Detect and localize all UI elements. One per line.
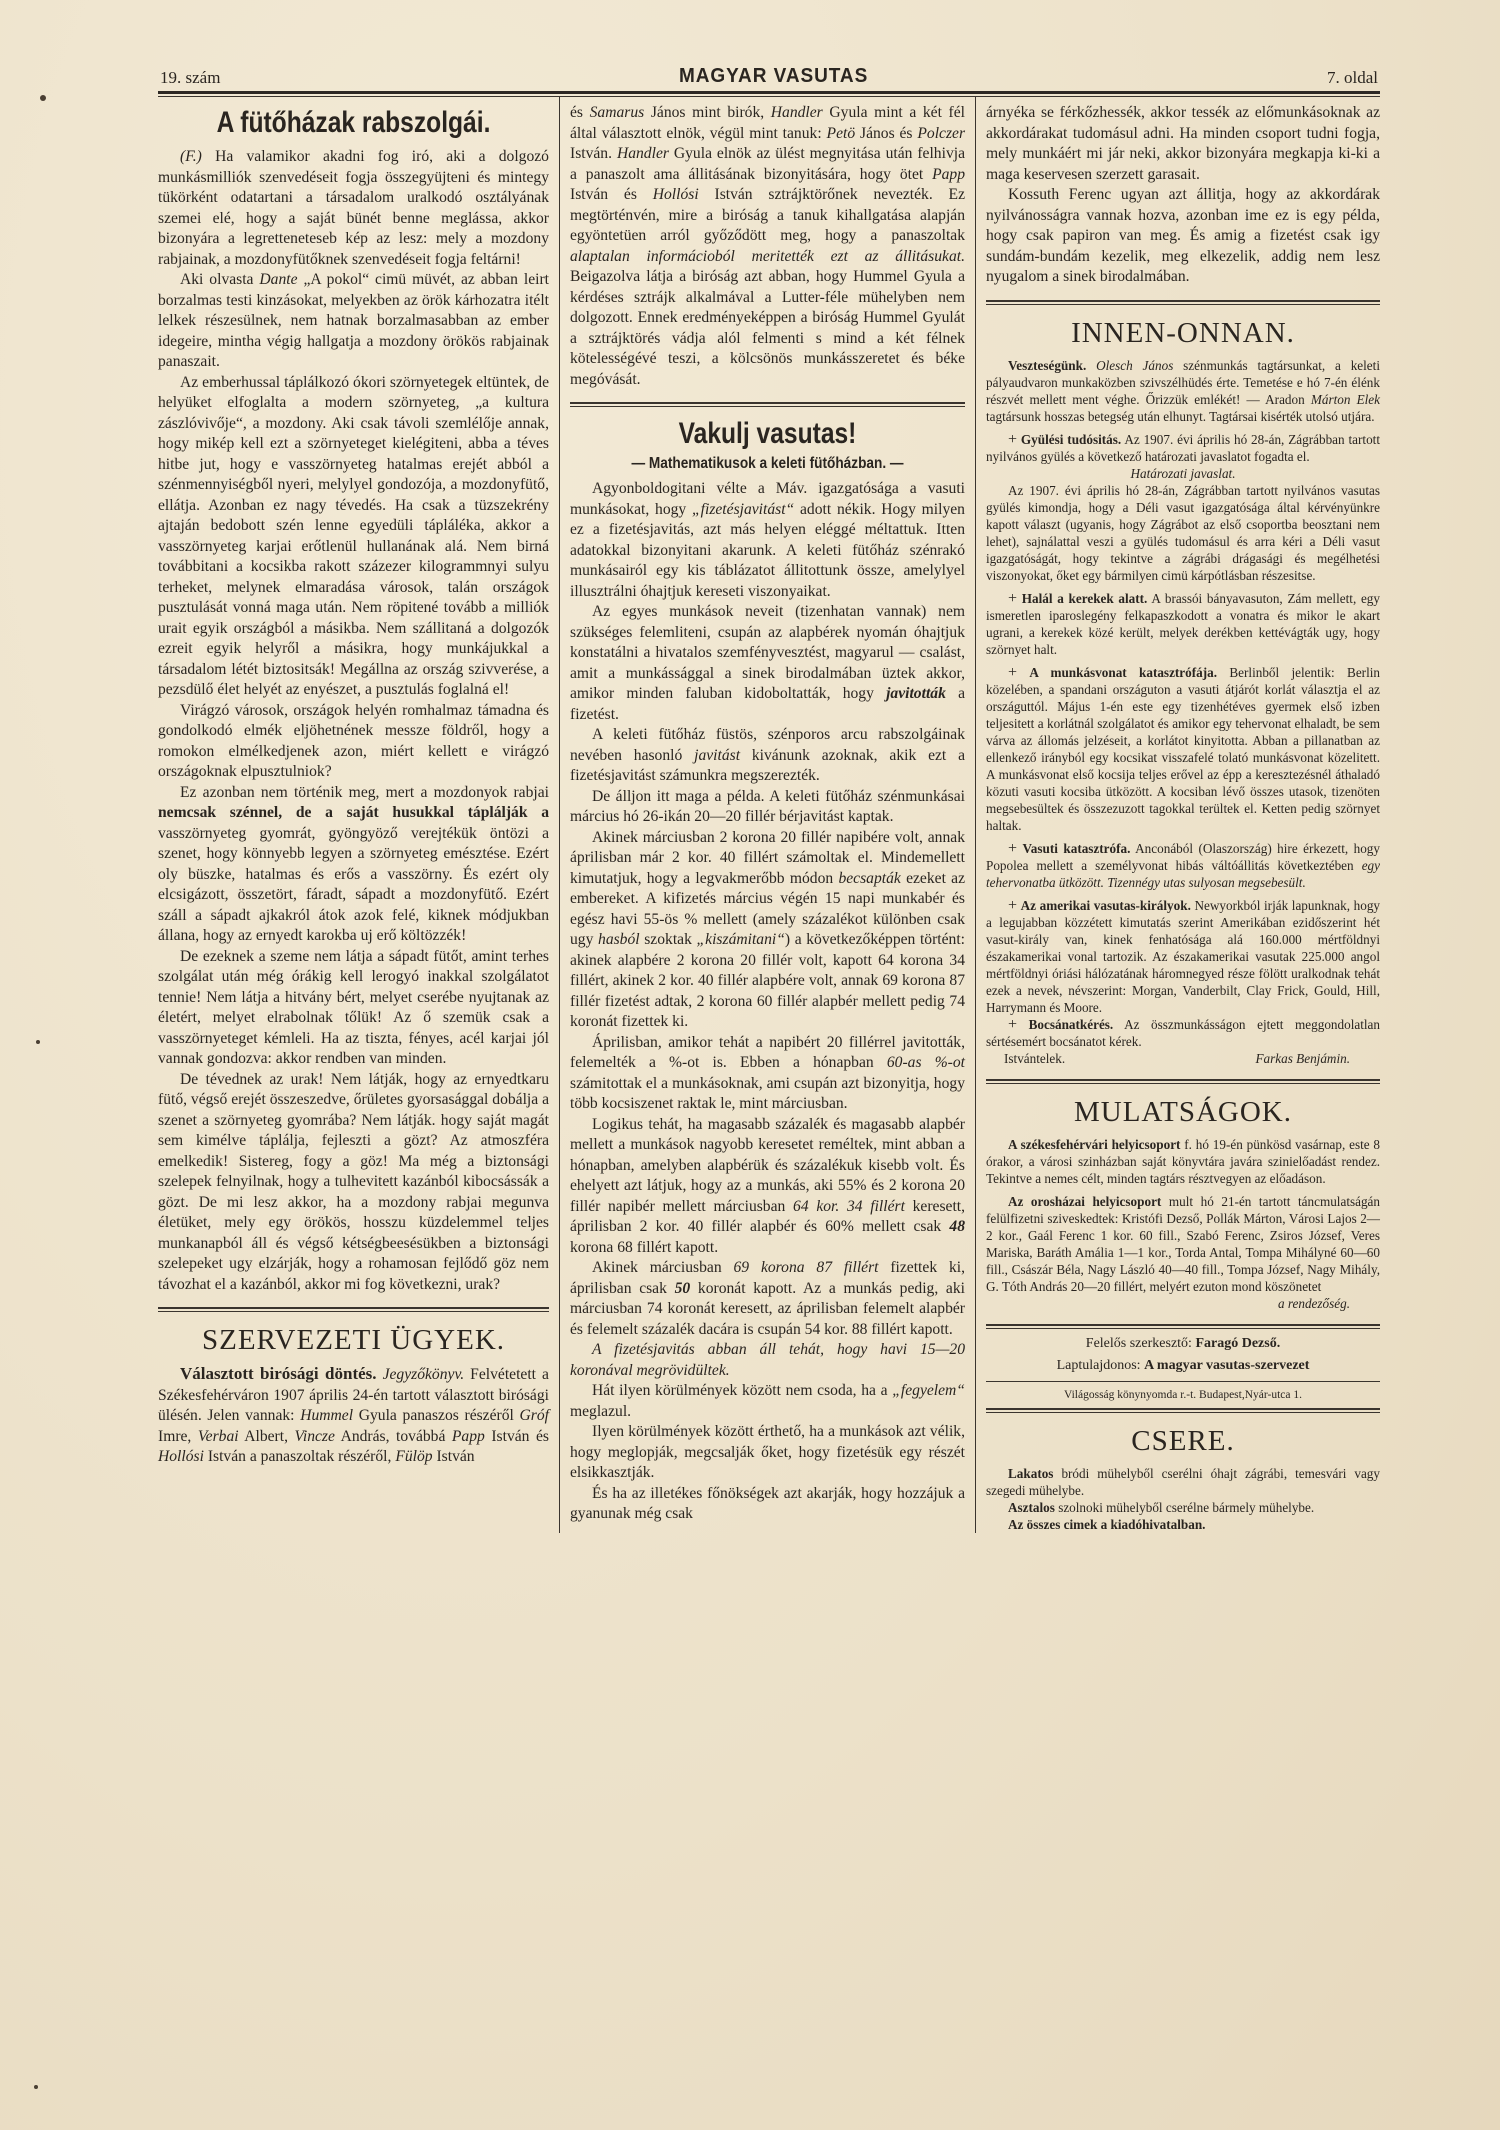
article-title-futohazak: A fütőházak rabszolgái. [193,103,514,143]
news-item: + A munkásvonat katasztrófája. Berlinből… [986,664,1380,834]
paragraph: (F.) Ha valamikor akadni fog iró, aki a … [158,147,549,270]
paragraph: Akinek márciusban 69 korona 87 fillért f… [570,1258,965,1340]
section-title-mulatsagok: MULATSÁGOK. [986,1094,1380,1130]
paragraph: Ez azonban nem történik meg, mert a mozd… [158,783,549,947]
organizers-signature: a rendezőség. [986,1295,1380,1312]
paragraph: Ilyen körülmények között érthető, ha a m… [570,1422,965,1484]
news-item: + Az amerikai vasutas-királyok. Newyorkb… [986,897,1380,1016]
paragraph: Az emberhussal táplálkozó ókori szörnyet… [158,373,549,701]
cross-icon: + [1008,590,1017,607]
imprint-rule [986,1381,1380,1382]
exchange-item: Asztalos szolnoki mühelyből cserélne bár… [986,1499,1380,1516]
columns: A fütőházak rabszolgái. (F.) Ha valamiko… [158,97,1380,1533]
section-divider [986,1408,1380,1413]
article-subtitle: — Mathematikusok a keleti fütőházban. — [594,453,942,475]
margin-speck [40,95,46,101]
cross-icon: + [1008,840,1017,857]
exchange-item: Lakatos bródi mühelyből cserélni óhajt z… [986,1465,1380,1499]
section-title-csere: CSERE. [986,1423,1380,1459]
margin-speck [36,1040,40,1044]
page-number: 7. oldal [1327,68,1378,88]
column-2: és Samarus János mint birók, Handler Gyu… [560,97,976,1533]
paragraph: Logikus tehát, ha magasabb százalék és m… [570,1115,965,1259]
cross-icon: + [1008,1016,1017,1033]
news-item: + Bocsánatkérés. Az összmunkásságon ejte… [986,1016,1380,1050]
printer-line: Világosság könynyomda r.-t. Budapest,Nyá… [986,1386,1380,1404]
page-header: 19. szám MAGYAR VASUTAS 7. oldal [158,60,1380,88]
paragraph: De tévednek az urak! Nem látják, hogy az… [158,1070,549,1296]
section-title-szervezeti: SZERVEZETI ÜGYEK. [158,1322,549,1358]
paragraph: Áprilisban, amikor tehát a napibért 20 f… [570,1033,965,1115]
paragraph: Kossuth Ferenc ugyan azt állitja, hogy a… [986,185,1380,288]
news-item: + Halál a kerekek alatt. A brassói bánya… [986,590,1380,658]
news-item: A székesfehérvári helyicsoport f. hó 19-… [986,1136,1380,1187]
section-divider [158,1307,549,1312]
article-title-vakulj: Vakulj vasutas! [606,415,930,453]
owner-line: Laptulajdonos: A magyar vasutas-szerveze… [986,1355,1380,1377]
cross-icon: + [1008,664,1017,681]
news-item: Az 1907. évi április hó 28-án, Zágrábban… [986,482,1380,584]
paragraph: Hát ilyen körülmények között nem csoda, … [570,1381,965,1422]
section-divider [986,300,1380,305]
apology-signature: Istvántelek. Farkas Benjámin. [986,1050,1380,1067]
column-1: A fütőházak rabszolgái. (F.) Ha valamiko… [158,97,560,1533]
paragraph: A fizetésjavitás abban áll tehát, hogy h… [570,1340,965,1381]
section-divider [570,402,965,407]
issue-number: 19. szám [160,68,220,88]
paragraph: Választott birósági döntés. Jegyzőkönyv.… [158,1364,549,1468]
paragraph: De ezeknek a szeme nem látja a sápadt fü… [158,947,549,1070]
news-item: + Gyülési tudósitás. Az 1907. évi áprili… [986,431,1380,465]
news-item: + Vasuti katasztrófa. Anconából (Olaszor… [986,840,1380,891]
resolution-title: Határozati javaslat. [986,465,1380,482]
cross-icon: + [1008,897,1017,914]
news-item: Veszteségünk. Olesch János szénmunkás ta… [986,357,1380,425]
paragraph: A keleti fütőház füstös, szénporos arcu … [570,725,965,787]
paragraph: Virágzó városok, országok helyén romhalm… [158,701,549,783]
editor-line: Felelős szerkesztő: Faragó Dezső. [986,1333,1380,1355]
newspaper-page: 19. szám MAGYAR VASUTAS 7. oldal A fütőh… [158,60,1380,1533]
paragraph: De álljon itt maga a példa. A keleti füt… [570,787,965,828]
paragraph: Agyonboldogitani vélte a Máv. igazgatósá… [570,479,965,602]
exchange-note: Az összes cimek a kiadóhivatalban. [986,1516,1380,1533]
margin-speck [34,2085,38,2089]
news-item: Az orosházai helyicsoport mult hó 21-én … [986,1193,1380,1295]
paragraph: árnyéka se férkőzhessék, akkor tessék az… [986,103,1380,185]
paragraph: És ha az illetékes főnökségek azt akarjá… [570,1484,965,1525]
column-3: árnyéka se férkőzhessék, akkor tessék az… [976,97,1380,1533]
paragraph: Akinek márciusban 2 korona 20 fillér nap… [570,828,965,1033]
section-divider [986,1079,1380,1084]
masthead: MAGYAR VASUTAS [679,65,868,88]
paragraph: Aki olvasta Dante „A pokol“ cimü müvét, … [158,270,549,373]
section-divider [986,1324,1380,1329]
header-rule [158,91,1380,94]
paragraph: Az egyes munkások neveit (tizenhatan van… [570,602,965,725]
section-title-innen-onnan: INNEN-ONNAN. [986,315,1380,351]
paragraph: és Samarus János mint birók, Handler Gyu… [570,103,965,390]
cross-icon: + [1008,431,1017,448]
